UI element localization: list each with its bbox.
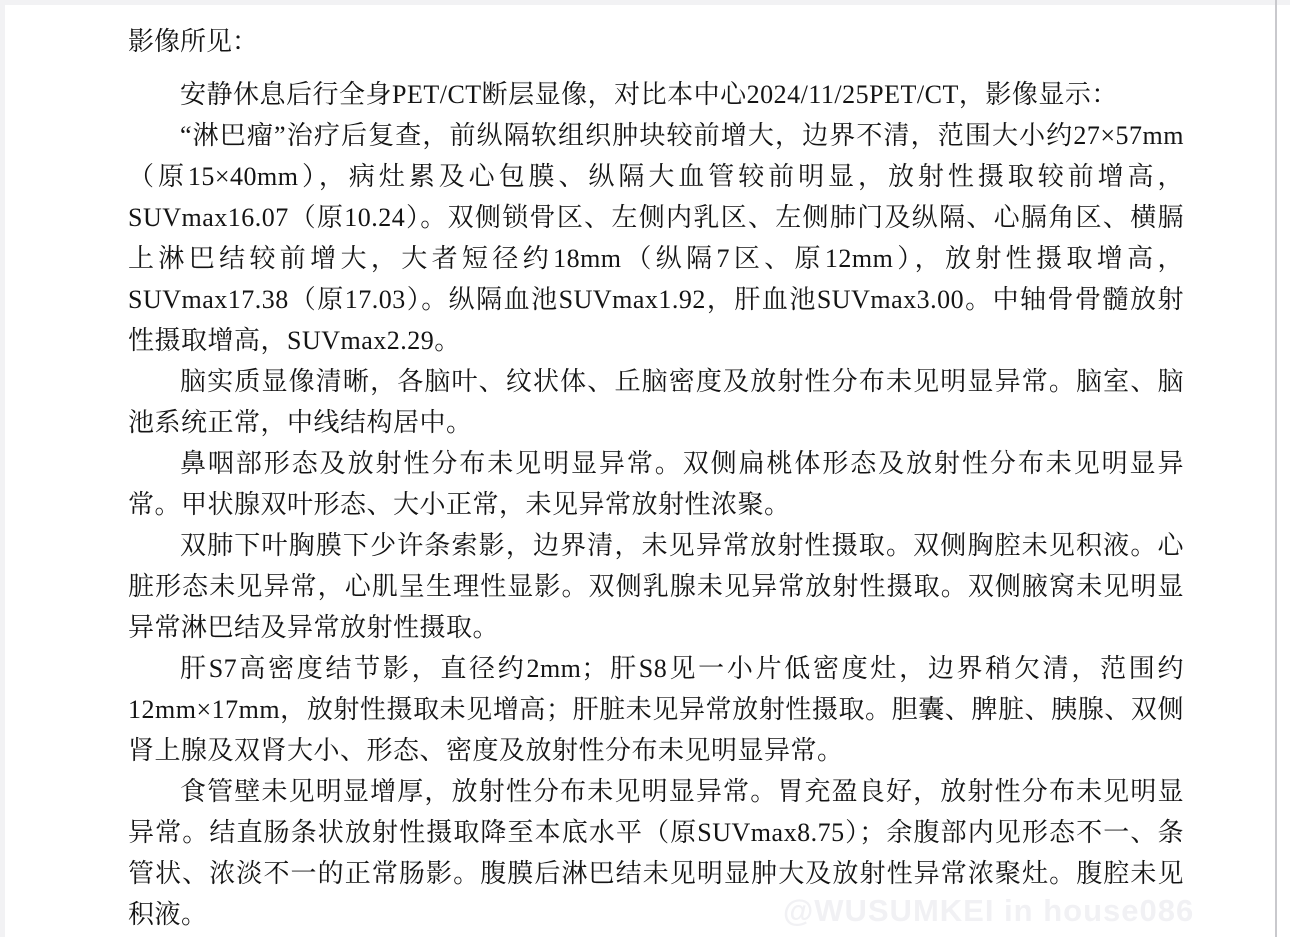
report-paragraph-liver-abdomen-organs: 肝S7高密度结节影，直径约2mm；肝S8见一小片低密度灶，边界稍欠清，范围约12… [128,648,1184,771]
page-top-edge [0,0,1290,5]
watermark: @WUSUMKEI in house086 [783,893,1194,929]
report-page: 影像所见： 安静休息后行全身PET/CT断层显像，对比本中心2024/11/25… [0,0,1290,937]
page-left-edge [0,0,5,937]
report-paragraph-exam-summary: 安静休息后行全身PET/CT断层显像，对比本中心2024/11/25PET/CT… [128,74,1184,115]
report-body: 影像所见： 安静休息后行全身PET/CT断层显像，对比本中心2024/11/25… [128,21,1184,935]
report-paragraph-nasopharynx-thyroid: 鼻咽部形态及放射性分布未见明显异常。双侧扁桃体形态及放射性分布未见明显异常。甲状… [128,443,1184,525]
report-paragraph-lungs-heart: 双肺下叶胸膜下少许条索影，边界清，未见异常放射性摄取。双侧胸腔未见积液。心脏形态… [128,525,1184,648]
report-paragraph-brain: 脑实质显像清晰，各脑叶、纹状体、丘脑密度及放射性分布未见明显异常。脑室、脑池系统… [128,361,1184,443]
section-title: 影像所见： [128,21,1184,62]
report-paragraph-lymphoma-findings: “淋巴瘤”治疗后复查，前纵隔软组织肿块较前增大，边界不清，范围大小约27×57m… [128,115,1184,361]
page-right-divider [1275,0,1277,937]
